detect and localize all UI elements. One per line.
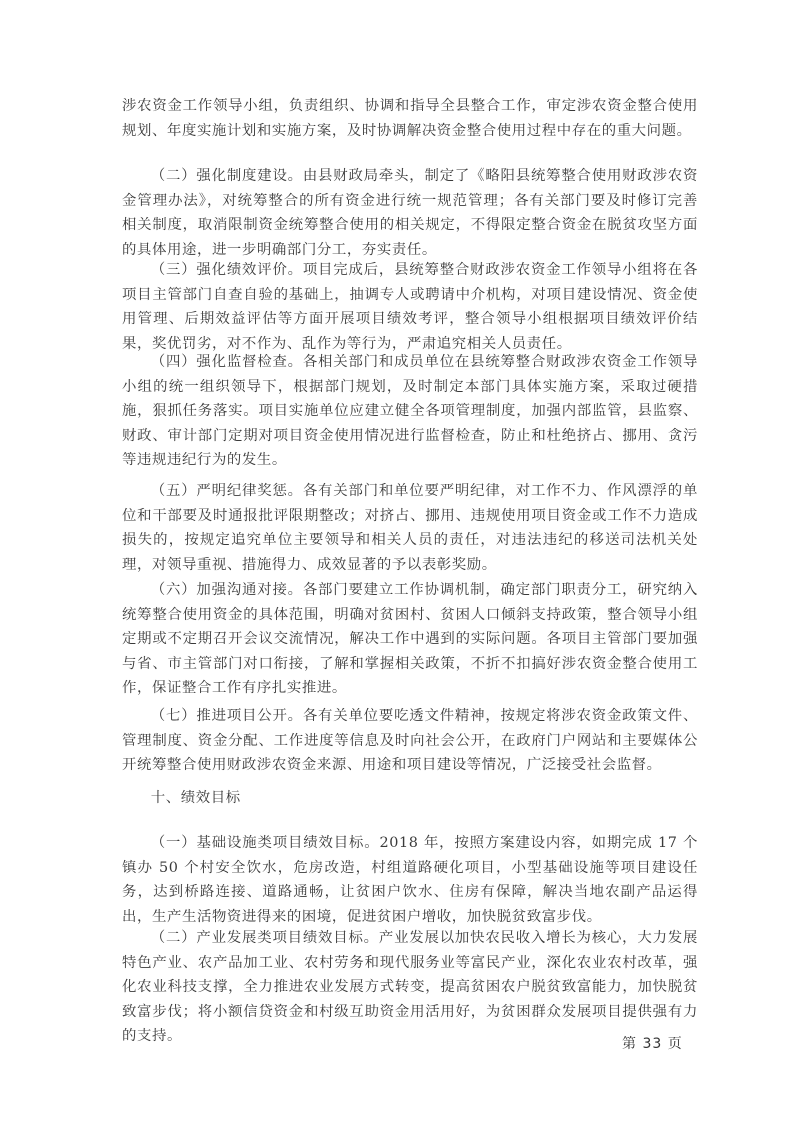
paragraph-infrastructure-goals: （一）基础设施类项目绩效目标。2018 年，按照方案建设内容，如期完成 17 个… xyxy=(122,831,698,929)
document-page: 涉农资金工作领导小组，负责组织、协调和指导全县整合工作，审定涉农资金整合使用规划… xyxy=(0,0,793,1122)
paragraph-project-disclosure: （七）推进项目公开。各有关单位要吃透文件精神，按规定将涉农资金政策文件、管理制度… xyxy=(122,704,698,778)
paragraph-industry-goals: （二）产业发展类项目绩效目标。产业发展以加快农民收入增长为核心，大力发展特色产业… xyxy=(122,926,698,1049)
paragraph-institution-building: （二）强化制度建设。由县财政局牵头，制定了《略阳县统筹整合使用财政涉农资金管理办… xyxy=(122,164,698,262)
paragraph-supervision: （四）强化监督检查。各相关部门和成员单位在县统筹整合财政涉农资金工作领导小组的统… xyxy=(122,350,698,473)
paragraph-communication: （六）加强沟通对接。各部门要建立工作协调机制，确定部门职责分工，研究纳入统筹整合… xyxy=(122,578,698,701)
paragraph-continuation: 涉农资金工作领导小组，负责组织、协调和指导全县整合工作，审定涉农资金整合使用规划… xyxy=(122,94,698,143)
paragraph-performance-evaluation: （三）强化绩效评价。项目完成后，县统筹整合财政涉农资金工作领导小组将在各项目主管… xyxy=(122,258,698,356)
section-heading: 十、绩效目标 xyxy=(122,786,698,811)
page-number: 第 33 页 xyxy=(622,1033,683,1053)
paragraph-discipline: （五）严明纪律奖惩。各有关部门和单位要严明纪律，对工作不力、作风漂浮的单位和干部… xyxy=(122,479,698,577)
